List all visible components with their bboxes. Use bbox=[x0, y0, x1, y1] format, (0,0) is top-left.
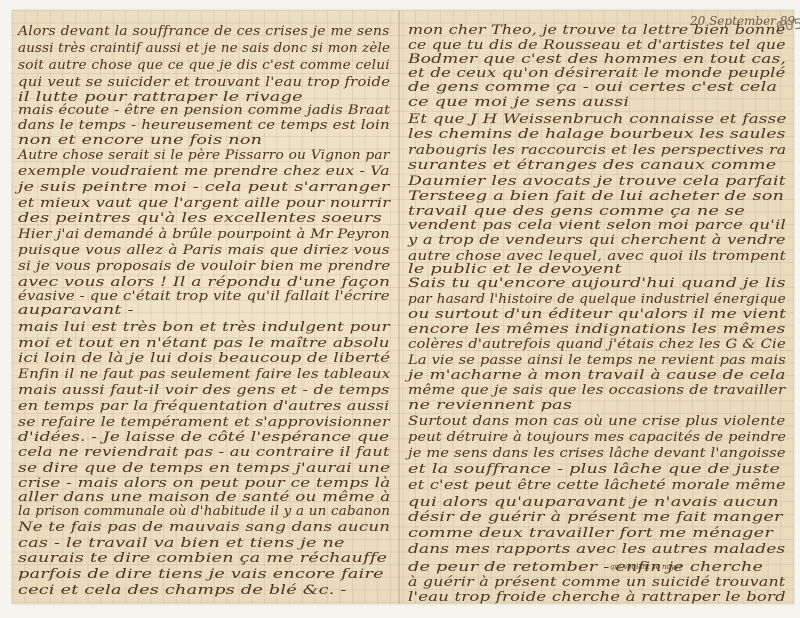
handwritten-line: non et encore une fois non bbox=[18, 133, 262, 148]
handwritten-line: vendent pas cela vient selon moi parce q… bbox=[408, 218, 786, 233]
handwritten-line: y a trop de vendeurs qui cherchent à ven… bbox=[408, 233, 786, 248]
handwritten-line: par hasard l'histoire de quelque industr… bbox=[408, 292, 786, 307]
handwritten-line: ce que tu dis de Rousseau et d'artistes … bbox=[408, 38, 786, 53]
handwritten-line: mais lui est très bon et très indulgent … bbox=[18, 320, 390, 335]
handwritten-line: je suis peintre moi - cela peut s'arrang… bbox=[18, 180, 389, 195]
handwritten-line: dans mes rapports avec les autres malade… bbox=[408, 542, 785, 557]
handwritten-line: mon cher Theo, je trouve ta lettre bien … bbox=[408, 23, 785, 38]
handwritten-line: cas - le travail va bien et tiens je ne bbox=[18, 536, 345, 551]
handwritten-line: mais écoute - être en pension comme jadi… bbox=[18, 103, 390, 118]
handwritten-line: comme deux travailler fort me ménager bbox=[408, 526, 773, 541]
handwritten-line: se dire que de temps en temps j'aurai un… bbox=[18, 461, 390, 476]
handwritten-line: Autre chose serait si le père Pissarro o… bbox=[18, 148, 390, 163]
handwritten-line: cela ne reviendrait pas - au contraire i… bbox=[18, 445, 390, 460]
handwritten-line: ne reviennent pas bbox=[408, 398, 572, 413]
handwritten-line: de gens comme ça - oui certes c'est cela bbox=[408, 80, 777, 95]
handwritten-line: surantes et étranges des canaux comme bbox=[408, 158, 776, 173]
page-fold bbox=[398, 10, 400, 604]
handwritten-line: se refaire le tempérament et s'approvisi… bbox=[18, 415, 390, 430]
handwritten-line: et mieux vaut que l'argent aille pour no… bbox=[18, 196, 390, 211]
handwritten-line: colères d'autrefois quand j'étais chez l… bbox=[408, 337, 786, 352]
handwritten-line: la prison communale où d'habitude il y a… bbox=[18, 504, 390, 519]
handwritten-line: en temps par la fréquentation d'autres a… bbox=[18, 399, 389, 414]
handwritten-line: Et que J H Weissenbruch connaisse et fas… bbox=[408, 112, 787, 127]
handwritten-line: qui veut se suicider et trouvant l'eau t… bbox=[18, 75, 390, 90]
handwritten-line: si je vous proposais de vouloir bien me … bbox=[18, 259, 390, 274]
handwritten-line: même que je sais que les occasions de tr… bbox=[408, 383, 785, 398]
handwritten-line: désir de guérir à présent me fait manger bbox=[408, 510, 783, 525]
handwritten-line: qui alors qu'auparavant je n'avais aucun bbox=[408, 495, 779, 510]
handwritten-line: avec vous alors ! Il a répondu d'une faç… bbox=[18, 275, 390, 290]
handwritten-line: ceci et cela des champs de blé &c. - bbox=[18, 583, 347, 598]
handwritten-line: aussi très craintif aussi et je ne sais … bbox=[18, 41, 390, 56]
handwritten-line: crise - mais alors on peut pour ce temps… bbox=[18, 476, 391, 491]
handwritten-line: Ne te fais pas de mauvais sang dans aucu… bbox=[18, 520, 390, 535]
handwritten-line: puisque vous allez à Paris mais que diri… bbox=[18, 243, 390, 258]
handwritten-line: les chemins de halage bourbeux les saule… bbox=[408, 127, 786, 142]
handwritten-line: soit autre chose que ce que je dis c'est… bbox=[18, 58, 390, 73]
handwritten-line: l'eau trop froide cherche à rattraper le… bbox=[408, 590, 786, 605]
handwritten-line: dans le temps - heureusement ce temps es… bbox=[18, 118, 390, 133]
handwritten-line: mais aussi faut-il voir des gens et - de… bbox=[18, 383, 390, 398]
handwritten-line: Enfin il ne faut pas seulement faire les… bbox=[18, 367, 390, 382]
handwritten-line: Surtout dans mon cas où une crise plus v… bbox=[408, 414, 786, 429]
handwritten-line: et c'est peut être cette lâcheté morale … bbox=[408, 478, 786, 493]
handwritten-line: Alors devant la souffrance de ces crises… bbox=[18, 24, 390, 39]
handwritten-line: Sais tu qu'encore aujourd'hui quand je l… bbox=[408, 276, 786, 291]
handwritten-line: et de ceux qu'on désirerait le monde peu… bbox=[408, 66, 786, 81]
handwritten-line: et la souffrance - plus lâche que de jus… bbox=[408, 462, 780, 477]
handwritten-line: des peintres qu'à les excellentes soeurs bbox=[18, 211, 382, 226]
handwritten-line: rabougris les raccourcis et les perspect… bbox=[408, 143, 786, 158]
handwritten-line: parfois de dire tiens je vais encore fai… bbox=[18, 567, 384, 582]
handwritten-line: ce que moi je sens aussi bbox=[408, 95, 629, 110]
handwritten-line: je m'acharne à mon travail à cause de ce… bbox=[408, 368, 786, 383]
handwritten-line: à guérir à présent comme un suicidé trou… bbox=[408, 575, 785, 590]
handwritten-line: aller dans une maison de santé ou même à bbox=[18, 490, 391, 505]
handwritten-line: d'idées. - Je laisse de côté l'espérance… bbox=[18, 430, 389, 445]
handwritten-line: ici loin de là je lui dois beaucoup de l… bbox=[18, 351, 390, 366]
handwritten-line: saurais te dire combien ça me réchauffe bbox=[18, 551, 387, 566]
handwritten-line: peut détruire à toujours mes capacités d… bbox=[408, 430, 786, 445]
handwritten-line: Bodmer que c'est des hommes en tout cas, bbox=[408, 52, 786, 67]
handwritten-line: Daumier les avocats je trouve cela parfa… bbox=[408, 174, 786, 189]
handwritten-line: auparavant - bbox=[18, 303, 134, 318]
handwritten-line: ou surtout d'un éditeur qu'alors il me v… bbox=[408, 307, 786, 322]
handwritten-line: évasive - que c'était trop vite qu'il fa… bbox=[18, 289, 390, 304]
handwritten-line: je me sens dans les crises lâche devant … bbox=[408, 446, 786, 461]
handwritten-line: moi et tout en n'étant pas le maître abs… bbox=[18, 336, 390, 351]
handwritten-line: Tersteeg a bien fait de lui acheter de s… bbox=[408, 189, 784, 204]
handwritten-line: travail que des gens comme ça ne se bbox=[408, 204, 745, 219]
handwritten-line: de peur de retomber - enfin je cherche bbox=[408, 560, 763, 575]
handwritten-line: La vie se passe ainsi le temps ne revien… bbox=[408, 353, 786, 368]
handwritten-line: exemple voudraient me prendre chez eux -… bbox=[18, 164, 390, 179]
handwritten-line: encore les mêmes indignations les mêmes bbox=[408, 322, 786, 337]
interlinear-note: qui voulant se noyer bbox=[610, 563, 682, 571]
handwritten-line: Hier j'ai demandé à brûle pourpoint à Mr… bbox=[18, 227, 390, 242]
handwritten-line: le public et le devoyent bbox=[408, 262, 622, 277]
